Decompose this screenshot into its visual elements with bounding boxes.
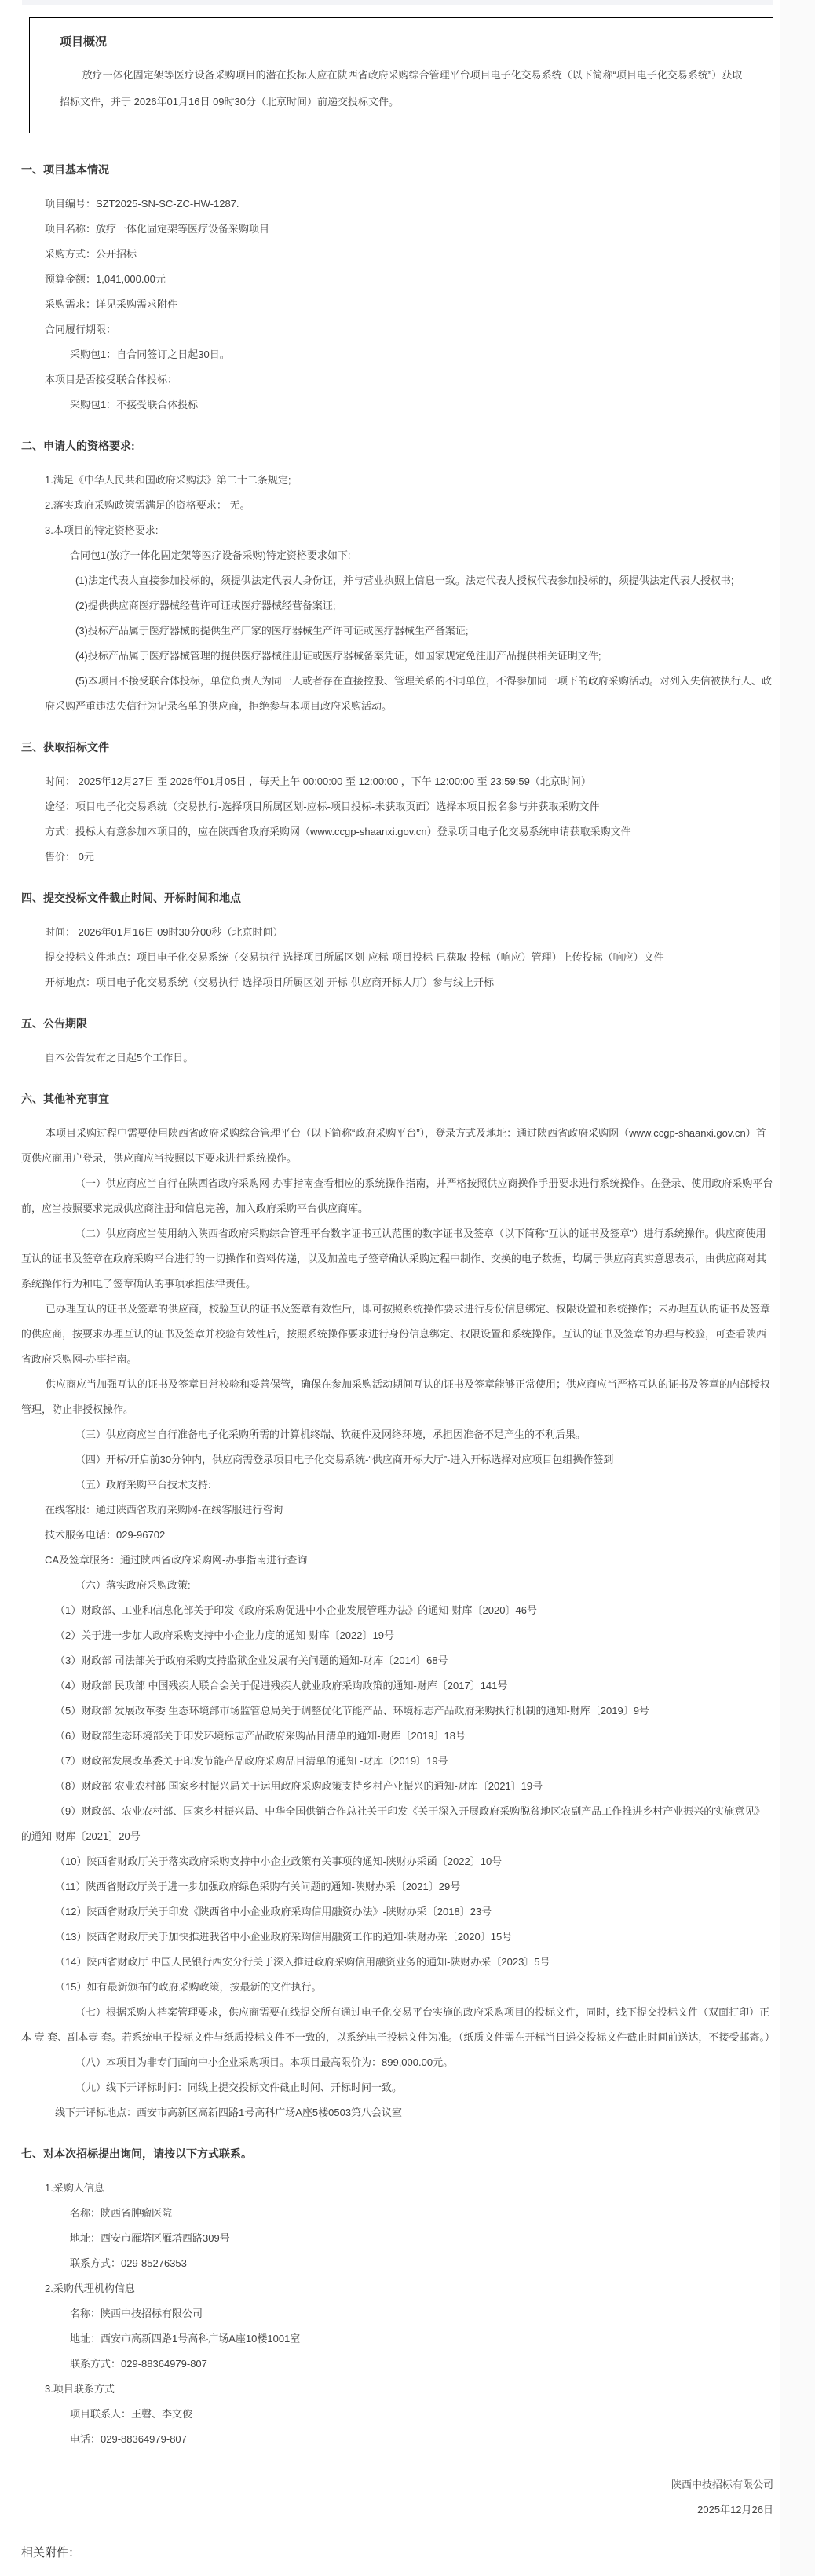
purchaser-phone: 联系方式：029-85276353 — [70, 2251, 773, 2276]
paragraph: (1)法定代表人直接参加投标的，须提供法定代表人身份证，并与营业执照上信息一致。… — [45, 568, 773, 593]
agency-phone: 联系方式：029-88364979-807 — [70, 2352, 773, 2377]
paragraph: 1.采购人信息 — [45, 2176, 773, 2201]
paragraph: （4）财政部 民政部 中国残疾人联合会关于促进残疾人就业政府采购政策的通知-财库… — [21, 1673, 773, 1698]
obtain-channel: 途径：项目电子化交易系统（交易执行-选择项目所属区划-应标-项目投标-未获取页面… — [45, 794, 773, 819]
paragraph: （8）财政部 农业农村部 国家乡村振兴局关于运用政府采购政策支持乡村产业振兴的通… — [21, 1774, 773, 1799]
consortium-label: 本项目是否接受联合体投标： — [45, 367, 773, 392]
deadline-time: 时间： 2026年01月16日 09时30分00秒（北京时间） — [45, 920, 773, 945]
paragraph: （13）陕西省财政厅关于加快推进我省中小企业政府采购信用融资工作的通知-陕财办采… — [21, 1925, 773, 1950]
purchaser-address: 地址：西安市雁塔区雁塔西路309号 — [70, 2226, 773, 2251]
project-contact-person: 项目联系人：王磬、李文俊 — [70, 2402, 773, 2427]
paragraph: (5)本项目不接受联合体投标，单位负责人为同一人或者存在直接控股、管理关系的不同… — [45, 669, 773, 719]
paragraph: （三）供应商应当自行准备电子化采购所需的计算机终端、软硬件及网络环境，承担因准备… — [21, 1422, 773, 1447]
agency-address: 地址：西安市高新四路1号高科广场A座10楼1001室 — [70, 2326, 773, 2352]
tech-phone: 技术服务电话：029-96702 — [45, 1523, 773, 1548]
project-overview-box: 项目概况 放疗一体化固定架等医疗设备采购项目的潜在投标人应在陕西省政府采购综合管… — [29, 17, 773, 133]
obtain-time: 时间： 2025年12月27日 至 2026年01月05日 ，每天上午 00:0… — [45, 769, 773, 794]
paragraph: 3.本项目的特定资格要求: — [45, 518, 773, 543]
paragraph: （12）陕西省财政厅关于印发《陕西省中小企业政府采购信用融资办法》-陕财办采〔2… — [21, 1899, 773, 1925]
signature-company: 陕西中技招标有限公司 — [21, 2472, 773, 2498]
paragraph: （二）供应商应当使用纳入陕西省政府采购综合管理平台数字证书互认范围的数字证书及签… — [21, 1221, 773, 1297]
offline-place: 线下开评标地点：西安市高新区高新四路1号高科广场A座5楼0503第八会议室 — [21, 2100, 773, 2125]
paragraph: (3)投标产品属于医疗器械的提供生产厂家的医疗器械生产许可证或医疗器械生产备案证… — [45, 618, 773, 644]
opening-place: 开标地点：项目电子化交易系统（交易执行-选择项目所属区划-开标-供应商开标大厅）… — [45, 970, 773, 995]
paragraph: (4)投标产品属于医疗器械管理的提供医疗器械注册证或医疗器械备案凭证，如国家规定… — [45, 644, 773, 669]
paragraph: 合同包1(放疗一体化固定架等医疗设备采购)特定资格要求如下: — [70, 543, 773, 568]
section-heading: 七、对本次招标提出询问，请按以下方式联系。 — [21, 2141, 773, 2166]
contract-period-label: 合同履行期限： — [45, 317, 773, 342]
section-heading: 五、公告期限 — [21, 1011, 773, 1036]
paragraph: 1.满足《中华人民共和国政府采购法》第二十二条规定; — [45, 468, 773, 493]
project-contact-phone: 电话：029-88364979-807 — [70, 2427, 773, 2452]
project-number: 项目编号：SZT2025-SN-SC-ZC-HW-1287. — [45, 192, 773, 217]
paragraph: （6）财政部生态环境部关于印发环境标志产品政府采购品目清单的通知-财库〔2019… — [21, 1724, 773, 1749]
paragraph: （1）财政部、工业和信息化部关于印发《政府采购促进中小企业发展管理办法》的通知-… — [21, 1598, 773, 1623]
paragraph: 已办理互认的证书及签章的供应商，校验互认的证书及签章有效性后，即可按照系统操作要… — [21, 1297, 773, 1372]
paragraph: (2)提供供应商医疗器械经营许可证或医疗器械经营备案证; — [45, 593, 773, 618]
consortium-package: 采购包1：不接受联合体投标 — [70, 392, 773, 418]
paragraph: （5）财政部 发展改革委 生态环境部市场监管总局关于调整优化节能产品、环境标志产… — [21, 1698, 773, 1724]
attachments-label: 相关附件： — [21, 2541, 773, 2576]
right-gutter — [780, 0, 815, 2576]
budget-amount: 预算金额：1,041,000.00元 — [45, 267, 773, 292]
paragraph: （7）财政部发展改革委关于印发节能产品政府采购品目清单的通知 -财库〔2019〕… — [21, 1749, 773, 1774]
document-price: 售价： 0元 — [45, 845, 773, 870]
announcement-page: 项目概况 放疗一体化固定架等医疗设备采购项目的潜在投标人应在陕西省政府采购综合管… — [0, 0, 815, 2576]
paragraph: 2.采购代理机构信息 — [45, 2276, 773, 2301]
procurement-demand: 采购需求：详见采购需求附件 — [45, 292, 773, 317]
online-service: 在线客服：通过陕西省政府采购网-在线客服进行咨询 — [45, 1498, 773, 1523]
paragraph: 供应商应当加强互认的证书及签章日常校验和妥善保管，确保在参加采购活动期间互认的证… — [21, 1372, 773, 1422]
submit-place: 提交投标文件地点：项目电子化交易系统（交易执行-选择项目所属区划-应标-项目投标… — [45, 945, 773, 970]
paragraph: （九）线下开评标时间：同线上提交投标文件截止时间、开标时间一致。 — [21, 2075, 773, 2100]
max-price: （八）本项目为非专门面向中小企业采购项目。本项目最高限价为：899,000.00… — [21, 2050, 773, 2075]
section-heading: 二、申请人的资格要求: — [21, 433, 773, 458]
paragraph: （六）落实政府采购政策: — [21, 1573, 773, 1598]
announcement-period: 自本公告发布之日起5个工作日。 — [45, 1045, 773, 1071]
purchaser-name: 名称：陕西省肿瘤医院 — [70, 2201, 773, 2226]
section-heading: 六、其他补充事宜 — [21, 1086, 773, 1111]
paragraph: （四）开标/开启前30分钟内，供应商需登录项目电子化交易系统-“供应商开标大厅”… — [21, 1447, 773, 1472]
paragraph: （七）根据采购人档案管理要求，供应商需要在线提交所有通过电子化交易平台实施的政府… — [21, 2000, 773, 2050]
paragraph: （一）供应商应当自行在陕西省政府采购网-办事指南查看相应的系统操作指南，并严格按… — [21, 1171, 773, 1221]
paragraph: 2.落实政府采购政策需满足的资格要求： 无。 — [45, 493, 773, 518]
section-heading: 四、提交投标文件截止时间、开标时间和地点 — [21, 885, 773, 910]
procurement-method: 采购方式：公开招标 — [45, 242, 773, 267]
paragraph: （10）陕西省财政厅关于落实政府采购支持中小企业政策有关事项的通知-陕财办采函〔… — [21, 1849, 773, 1874]
top-strip — [22, 0, 773, 5]
obtain-method: 方式：投标人有意参加本项目的，应在陕西省政府采购网（www.ccgp-shaan… — [45, 819, 773, 845]
agency-name: 名称：陕西中技招标有限公司 — [70, 2301, 773, 2326]
paragraph: （3）财政部 司法部关于政府采购支持监狱企业发展有关问题的通知-财库〔2014〕… — [21, 1648, 773, 1673]
section-heading: 一、项目基本情况 — [21, 157, 773, 182]
paragraph: （15）如有最新颁布的政府采购政策，按最新的文件执行。 — [21, 1975, 773, 2000]
paragraph: （9）财政部、农业农村部、国家乡村振兴局、中华全国供销合作总社关于印发《关于深入… — [21, 1799, 773, 1849]
ca-service: CA及签章服务：通过陕西省政府采购网-办事指南进行查询 — [45, 1548, 773, 1573]
section-heading: 三、获取招标文件 — [21, 735, 773, 760]
contract-period-package: 采购包1：自合同签订之日起30日。 — [70, 342, 773, 367]
project-name: 项目名称：放疗一体化固定架等医疗设备采购项目 — [45, 217, 773, 242]
paragraph: （2）关于进一步加大政府采购支持中小企业力度的通知-财库〔2022〕19号 — [21, 1623, 773, 1648]
paragraph: 3.项目联系方式 — [45, 2377, 773, 2402]
paragraph: 本项目采购过程中需要使用陕西省政府采购综合管理平台（以下简称“政府采购平台”），… — [21, 1121, 773, 1171]
signature-date: 2025年12月26日 — [21, 2498, 773, 2523]
overview-body: 放疗一体化固定架等医疗设备采购项目的潜在投标人应在陕西省政府采购综合管理平台项目… — [60, 62, 743, 115]
signature-block: 陕西中技招标有限公司 2025年12月26日 — [21, 2472, 773, 2523]
sections: 一、项目基本情况项目编号：SZT2025-SN-SC-ZC-HW-1287.项目… — [0, 133, 815, 2452]
paragraph: （11）陕西省财政厅关于进一步加强政府绿色采购有关问题的通知-陕财办采〔2021… — [21, 1874, 773, 1899]
paragraph: （五）政府采购平台技术支持: — [21, 1472, 773, 1498]
paragraph: （14）陕西省财政厅 中国人民银行西安分行关于深入推进政府采购信用融资业务的通知… — [21, 1950, 773, 1975]
overview-title: 项目概况 — [60, 31, 743, 54]
